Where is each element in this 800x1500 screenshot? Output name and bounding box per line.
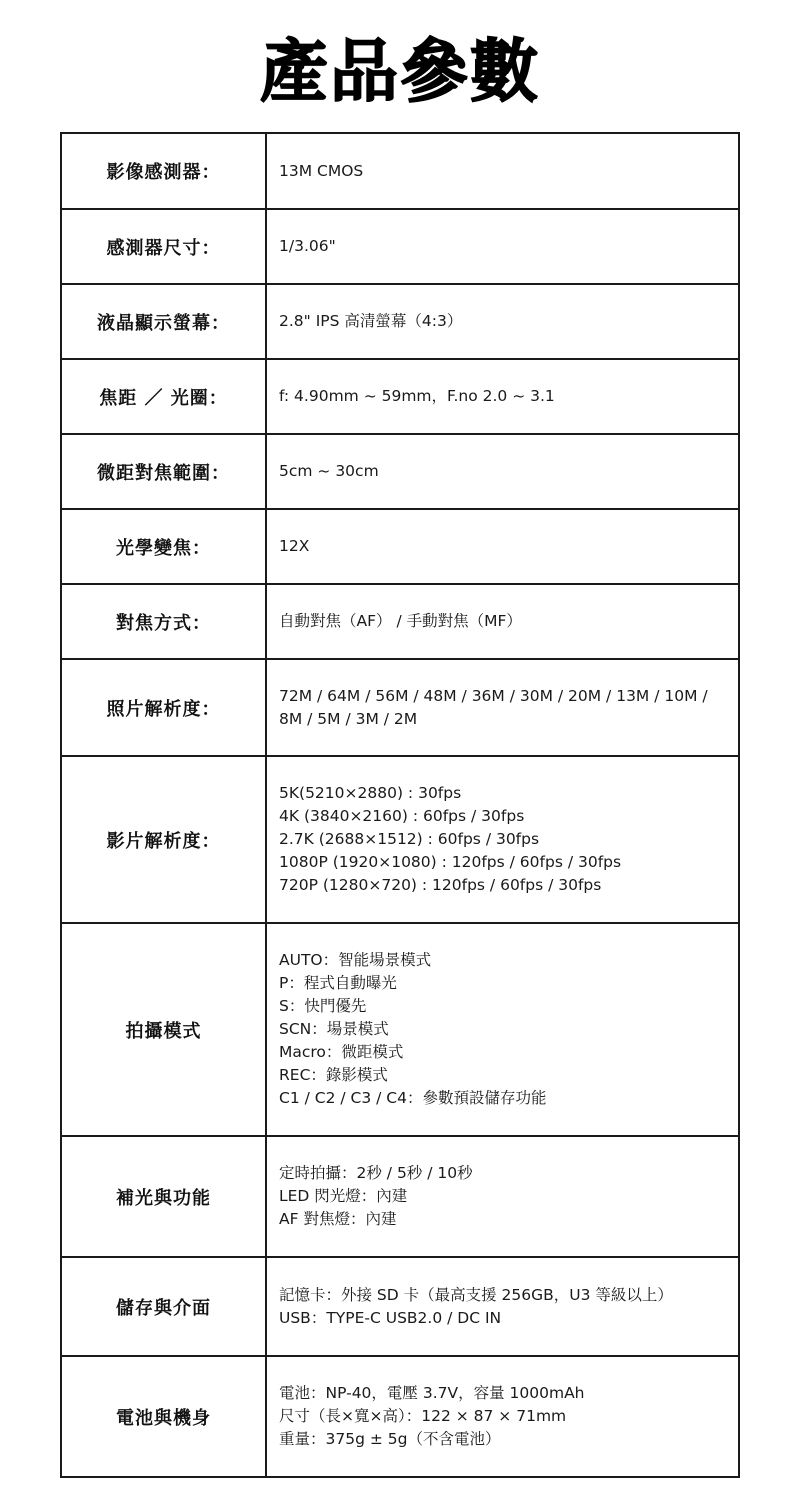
spec-value: 1/3.06" xyxy=(266,209,739,284)
spec-row: 焦距 ／ 光圈：f: 4.90mm ~ 59mm，F.no 2.0 ~ 3.1 xyxy=(61,359,739,434)
spec-value: 定時拍攝：2秒 / 5秒 / 10秒LED 閃光燈：內建AF 對焦燈：內建 xyxy=(266,1136,739,1257)
spec-value-line: AUTO：智能場景模式 xyxy=(279,949,728,972)
spec-value-line: 定時拍攝：2秒 / 5秒 / 10秒 xyxy=(279,1162,728,1185)
spec-value-line: C1 / C2 / C3 / C4：參數預設儲存功能 xyxy=(279,1087,728,1110)
spec-value: 72M / 64M / 56M / 48M / 36M / 30M / 20M … xyxy=(266,659,739,756)
spec-row: 補光與功能定時拍攝：2秒 / 5秒 / 10秒LED 閃光燈：內建AF 對焦燈：… xyxy=(61,1136,739,1257)
spec-value-line: 5cm ~ 30cm xyxy=(279,460,728,483)
spec-row: 儲存與介面記憶卡：外接 SD 卡（最高支援 256GB，U3 等級以上）USB：… xyxy=(61,1257,739,1356)
spec-value-line: 自動對焦（AF） / 手動對焦（MF） xyxy=(279,610,728,633)
spec-label: 微距對焦範圍： xyxy=(61,434,266,509)
spec-value-line: 4K (3840×2160) : 60fps / 30fps xyxy=(279,805,728,828)
spec-value-line: 12X xyxy=(279,535,728,558)
spec-value-line: 重量：375g ± 5g（不含電池） xyxy=(279,1428,728,1451)
spec-row: 照片解析度：72M / 64M / 56M / 48M / 36M / 30M … xyxy=(61,659,739,756)
spec-label: 對焦方式： xyxy=(61,584,266,659)
spec-value: 2.8" IPS 高清螢幕（4:3） xyxy=(266,284,739,359)
spec-value: 13M CMOS xyxy=(266,133,739,209)
spec-value-line: 2.7K (2688×1512) : 60fps / 30fps xyxy=(279,828,728,851)
spec-label: 光學變焦： xyxy=(61,509,266,584)
spec-value-line: REC：錄影模式 xyxy=(279,1064,728,1087)
page-title: 產品參數 xyxy=(0,28,800,118)
spec-value-line: f: 4.90mm ~ 59mm，F.no 2.0 ~ 3.1 xyxy=(279,385,728,408)
spec-value: f: 4.90mm ~ 59mm，F.no 2.0 ~ 3.1 xyxy=(266,359,739,434)
spec-value: 5K(5210×2880) : 30fps4K (3840×2160) : 60… xyxy=(266,756,739,923)
spec-value-line: 72M / 64M / 56M / 48M / 36M / 30M / 20M … xyxy=(279,685,728,731)
spec-row: 光學變焦：12X xyxy=(61,509,739,584)
spec-value-line: 2.8" IPS 高清螢幕（4:3） xyxy=(279,310,728,333)
spec-value: 12X xyxy=(266,509,739,584)
spec-row: 微距對焦範圍：5cm ~ 30cm xyxy=(61,434,739,509)
spec-value-line: 5K(5210×2880) : 30fps xyxy=(279,782,728,805)
spec-label: 照片解析度： xyxy=(61,659,266,756)
spec-value-line: 1/3.06" xyxy=(279,235,728,258)
spec-value-line: S：快門優先 xyxy=(279,995,728,1018)
spec-value-line: 記憶卡：外接 SD 卡（最高支援 256GB，U3 等級以上） xyxy=(279,1284,728,1307)
spec-label: 補光與功能 xyxy=(61,1136,266,1257)
spec-value-line: AF 對焦燈：內建 xyxy=(279,1208,728,1231)
spec-value-line: 720P (1280×720) : 120fps / 60fps / 30fps xyxy=(279,874,728,897)
spec-value: 記憶卡：外接 SD 卡（最高支援 256GB，U3 等級以上）USB：TYPE-… xyxy=(266,1257,739,1356)
spec-value: 電池：NP-40，電壓 3.7V，容量 1000mAh尺寸（長×寬×高）：122… xyxy=(266,1356,739,1477)
spec-row: 電池與機身電池：NP-40，電壓 3.7V，容量 1000mAh尺寸（長×寬×高… xyxy=(61,1356,739,1477)
spec-value: AUTO：智能場景模式P：程式自動曝光S：快門優先SCN：場景模式Macro：微… xyxy=(266,923,739,1136)
spec-value: 5cm ~ 30cm xyxy=(266,434,739,509)
spec-value: 自動對焦（AF） / 手動對焦（MF） xyxy=(266,584,739,659)
spec-row: 拍攝模式AUTO：智能場景模式P：程式自動曝光S：快門優先SCN：場景模式Mac… xyxy=(61,923,739,1136)
spec-value-line: USB：TYPE-C USB2.0 / DC IN xyxy=(279,1307,728,1330)
spec-value-line: 電池：NP-40，電壓 3.7V，容量 1000mAh xyxy=(279,1382,728,1405)
spec-label: 儲存與介面 xyxy=(61,1257,266,1356)
spec-value-line: 13M CMOS xyxy=(279,160,728,183)
spec-table-body: 影像感測器：13M CMOS感測器尺寸：1/3.06"液晶顯示螢幕：2.8" I… xyxy=(61,133,739,1477)
spec-row: 液晶顯示螢幕：2.8" IPS 高清螢幕（4:3） xyxy=(61,284,739,359)
spec-row: 感測器尺寸：1/3.06" xyxy=(61,209,739,284)
spec-value-line: SCN：場景模式 xyxy=(279,1018,728,1041)
spec-value-line: Macro：微距模式 xyxy=(279,1041,728,1064)
spec-label: 焦距 ／ 光圈： xyxy=(61,359,266,434)
spec-value-line: LED 閃光燈：內建 xyxy=(279,1185,728,1208)
spec-label: 拍攝模式 xyxy=(61,923,266,1136)
spec-label: 影像感測器： xyxy=(61,133,266,209)
spec-value-line: 1080P (1920×1080) : 120fps / 60fps / 30f… xyxy=(279,851,728,874)
spec-value-line: P：程式自動曝光 xyxy=(279,972,728,995)
spec-label: 電池與機身 xyxy=(61,1356,266,1477)
spec-row: 對焦方式：自動對焦（AF） / 手動對焦（MF） xyxy=(61,584,739,659)
spec-label: 影片解析度： xyxy=(61,756,266,923)
spec-label: 液晶顯示螢幕： xyxy=(61,284,266,359)
spec-value-line: 尺寸（長×寬×高）：122 × 87 × 71mm xyxy=(279,1405,728,1428)
spec-label: 感測器尺寸： xyxy=(61,209,266,284)
spec-row: 影像感測器：13M CMOS xyxy=(61,133,739,209)
spec-table: 影像感測器：13M CMOS感測器尺寸：1/3.06"液晶顯示螢幕：2.8" I… xyxy=(60,132,740,1478)
spec-row: 影片解析度：5K(5210×2880) : 30fps4K (3840×2160… xyxy=(61,756,739,923)
